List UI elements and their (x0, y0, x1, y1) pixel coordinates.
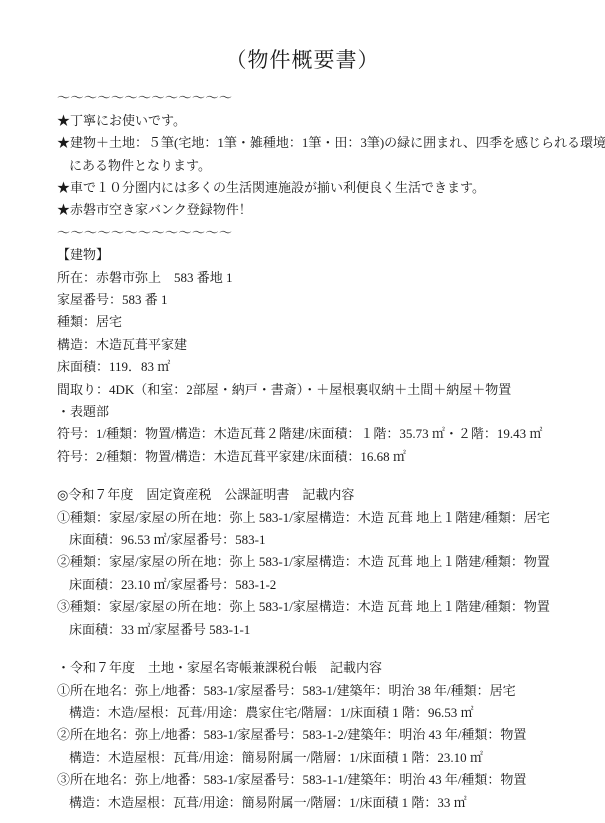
divider-bottom: ～～～～～～～～～～～～～ (57, 222, 587, 244)
highlight-careful-use: ★丁寧にお使いです。 (57, 110, 587, 132)
building-location: 所在：赤磐市弥上 583 番地 1 (57, 267, 587, 289)
tax-certificate-entry-1-main: ①種類：家屋/家屋の所在地：弥上 583-1/家屋構造：木造 瓦葺 地上１階建/… (57, 507, 587, 529)
tax-ledger-heading: ・令和７年度 土地・家屋名寄帳兼課税台帳 記載内容 (57, 657, 587, 679)
tax-ledger-entry-3-sub: 構造：木造屋根：瓦葺/用途：簡易附属一/階層：1/床面積 1 階：33 ㎡ (57, 792, 587, 814)
tax-ledger-section: ・令和７年度 土地・家屋名寄帳兼課税台帳 記載内容 ①所在地名：弥上/地番：58… (57, 657, 587, 814)
property-summary-document: （物件概要書） ～～～～～～～～～～～～～ ★丁寧にお使いです。 ★建物＋土地：… (0, 0, 605, 823)
document-title: （物件概要書） (0, 46, 605, 74)
divider-top: ～～～～～～～～～～～～～ (57, 87, 587, 109)
tax-certificate-entry-3-main: ③種類：家屋/家屋の所在地：弥上 583-1/家屋構造：木造 瓦葺 地上１階建/… (57, 596, 587, 618)
tax-ledger-entry-3-main: ③所在地名：弥上/地番：583-1/家屋番号：583-1-1/建築年：明治 43… (57, 769, 587, 791)
tax-certificate-heading: ◎令和７年度 固定資産税 公課証明書 記載内容 (57, 484, 587, 506)
tax-ledger-entry-1-main: ①所在地名：弥上/地番：583-1/家屋番号：583-1/建築年：明治 38 年… (57, 680, 587, 702)
highlight-vacant-house-bank: ★赤磐市空き家バンク登録物件！ (57, 199, 587, 221)
tax-certificate-section: ◎令和７年度 固定資産税 公課証明書 記載内容 ①種類：家屋/家屋の所在地：弥上… (57, 484, 587, 641)
tax-certificate-entry-1-sub: 床面積：96.53 ㎡/家屋番号：583-1 (57, 529, 587, 551)
building-house-number: 家屋番号：583 番 1 (57, 289, 587, 311)
building-type: 種類：居宅 (57, 311, 587, 333)
document-body: ～～～～～～～～～～～～～ ★丁寧にお使いです。 ★建物＋土地：５筆(宅地：1筆… (0, 87, 605, 814)
building-section-heading: 【建物】 (57, 244, 587, 266)
highlight-land-composition: ★建物＋土地：５筆(宅地：1筆・雑種地：1筆・田：3筆)の緑に囲まれ、四季を感じ… (57, 132, 587, 154)
building-floor-plan: 間取り：4DK（和室：2部屋・納戸・書斎）・＋屋根裏収納＋土間＋納屋＋物置 (57, 379, 587, 401)
highlight-land-composition-continued: にある物件となります。 (57, 155, 587, 177)
tax-certificate-entry-3-sub: 床面積：33 ㎡/家屋番号 583-1-1 (57, 619, 587, 641)
tax-certificate-entry-2-main: ②種類：家屋/家屋の所在地：弥上 583-1/家屋構造：木造 瓦葺 地上１階建/… (57, 551, 587, 573)
tax-certificate-entry-2-sub: 床面積：23.10 ㎡/家屋番号：583-1-2 (57, 574, 587, 596)
building-title-part-label: ・表題部 (57, 401, 587, 423)
building-floor-area: 床面積：119．83 ㎡ (57, 356, 587, 378)
building-structure: 構造：木造瓦葺平家建 (57, 334, 587, 356)
highlight-convenience: ★車で１０分圏内には多くの生活関連施設が揃い利便良く生活できます。 (57, 177, 587, 199)
tax-ledger-entry-2-main: ②所在地名：弥上/地番：583-1/家屋番号：583-1-2/建築年：明治 43… (57, 724, 587, 746)
building-annex-symbol-2: 符号：2/種類：物置/構造：木造瓦葺平家建/床面積：16.68 ㎡ (57, 446, 587, 468)
tax-ledger-entry-2-sub: 構造：木造屋根：瓦葺/用途：簡易附属一/階層：1/床面積 1 階：23.10 ㎡ (57, 747, 587, 769)
building-annex-symbol-1: 符号：1/種類：物置/構造：木造瓦葺２階建/床面積：１階：35.73 ㎡・２階：… (57, 423, 587, 445)
tax-ledger-entry-1-sub: 構造：木造/屋根：瓦葺/用途：農家住宅/階層：1/床面積 1 階：96.53 ㎡ (57, 702, 587, 724)
building-section: 【建物】 所在：赤磐市弥上 583 番地 1 家屋番号：583 番 1 種類：居… (57, 244, 587, 468)
